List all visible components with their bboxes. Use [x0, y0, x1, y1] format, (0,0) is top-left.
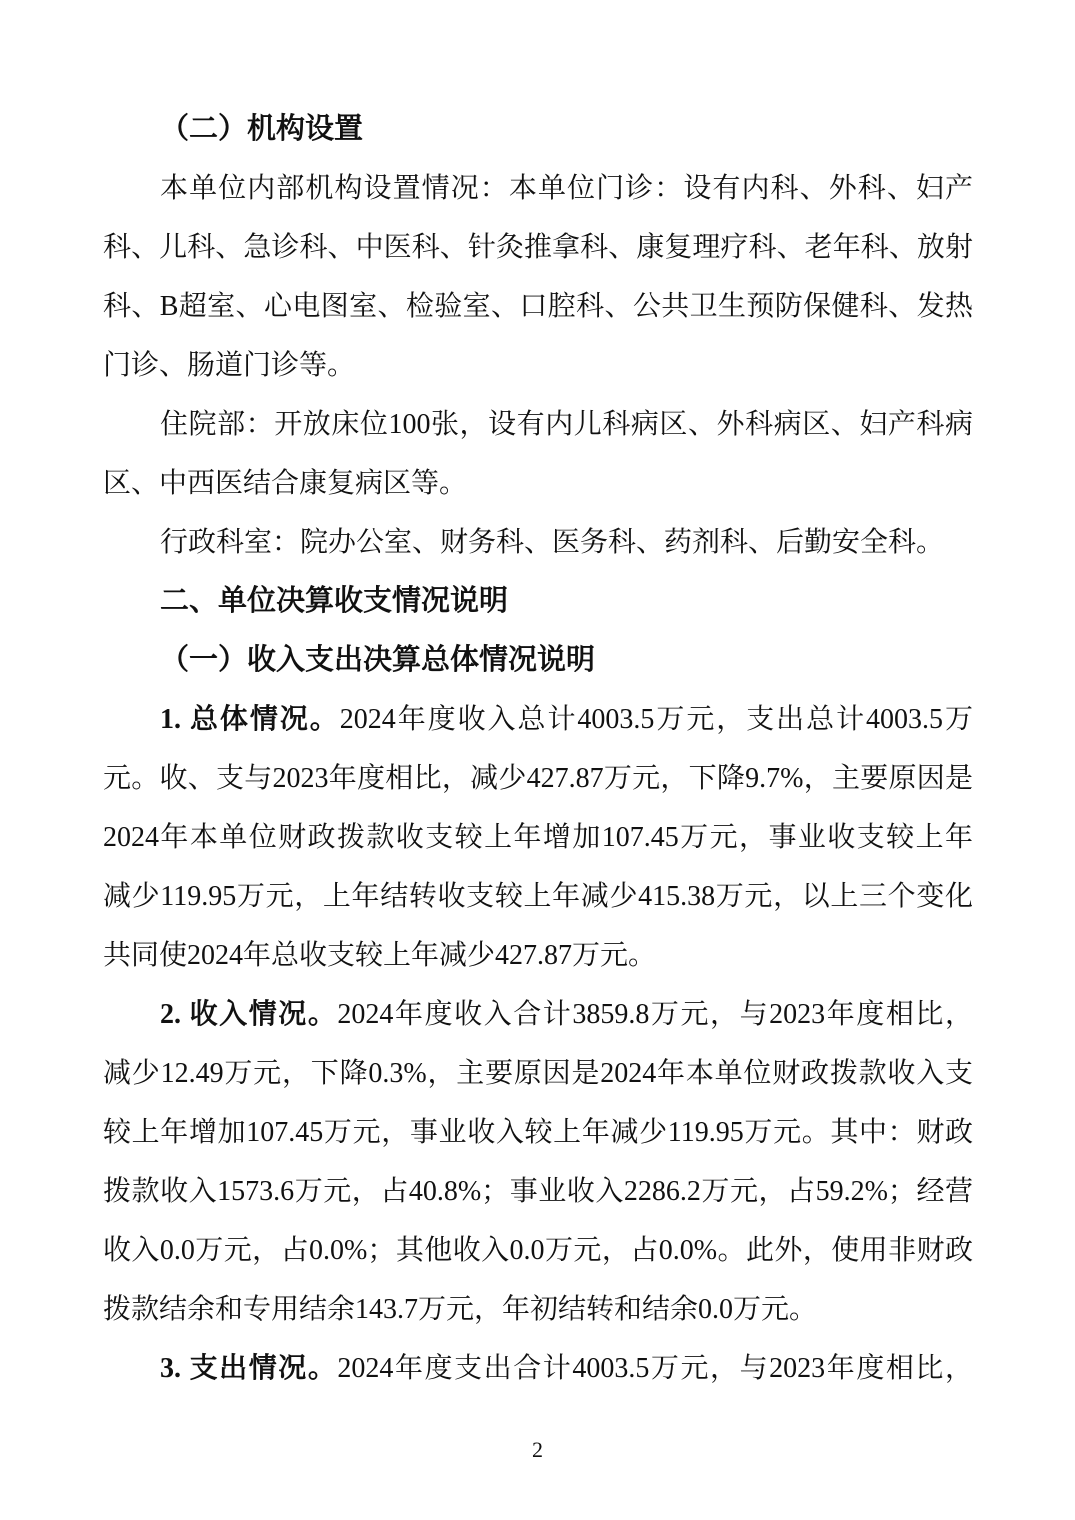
- paragraph-outpatient-line: 科、儿科、急诊科、中医科、针灸推拿科、康复理疗科、老年科、放射: [103, 218, 973, 277]
- heading-org-structure: （二）机构设置: [103, 100, 973, 159]
- paragraph-outpatient-line: 本单位内部机构设置情况：本单位门诊：设有内科、外科、妇产: [103, 159, 973, 218]
- list-label-income: 2. 收入情况。: [160, 999, 337, 1030]
- paragraph-overall-line: 2024年本单位财政拨款收支较上年增加107.45万元，事业收支较上年: [103, 808, 973, 867]
- paragraph-text: 2024年度收入总计4003.5万元，支出总计4003.5万: [340, 704, 973, 735]
- document-page: （二）机构设置 本单位内部机构设置情况：本单位门诊：设有内科、外科、妇产 科、儿…: [0, 0, 1075, 1520]
- paragraph-inpatient-line: 区、中西医结合康复病区等。: [103, 454, 973, 513]
- paragraph-inpatient-line: 住院部：开放床位100张，设有内儿科病区、外科病区、妇产科病: [103, 395, 973, 454]
- list-label-expenditure: 3. 支出情况。: [160, 1353, 337, 1384]
- paragraph-income-line: 拨款收入1573.6万元，占40.8%；事业收入2286.2万元，占59.2%；…: [103, 1162, 973, 1221]
- paragraph-income-line: 拨款结余和专用结余143.7万元，年初结转和结余0.0万元。: [103, 1280, 973, 1339]
- page-number: 2: [0, 1436, 1075, 1464]
- paragraph-admin-line: 行政科室：院办公室、财务科、医务科、药剂科、后勤安全科。: [103, 513, 973, 572]
- paragraph-overall-line: 共同使2024年总收支较上年减少427.87万元。: [103, 926, 973, 985]
- list-label-overall: 1. 总体情况。: [160, 704, 340, 735]
- paragraph-outpatient-line: 科、B超室、心电图室、检验室、口腔科、公共卫生预防保健科、发热: [103, 277, 973, 336]
- heading-income-expenditure-overview: （一）收入支出决算总体情况说明: [103, 631, 973, 690]
- document-body: （二）机构设置 本单位内部机构设置情况：本单位门诊：设有内科、外科、妇产 科、儿…: [103, 100, 973, 1398]
- paragraph-income-line: 2. 收入情况。2024年度收入合计3859.8万元，与2023年度相比，: [103, 985, 973, 1044]
- paragraph-expenditure-line: 3. 支出情况。2024年度支出合计4003.5万元，与2023年度相比，: [103, 1339, 973, 1398]
- paragraph-overall-line: 减少119.95万元，上年结转收支较上年减少415.38万元，以上三个变化: [103, 867, 973, 926]
- paragraph-text: 2024年度收入合计3859.8万元，与2023年度相比，: [337, 999, 973, 1030]
- paragraph-income-line: 减少12.49万元，下降0.3%，主要原因是2024年本单位财政拨款收入支: [103, 1044, 973, 1103]
- paragraph-income-line: 收入0.0万元，占0.0%；其他收入0.0万元，占0.0%。此外，使用非财政: [103, 1221, 973, 1280]
- paragraph-outpatient-line: 门诊、肠道门诊等。: [103, 336, 973, 395]
- heading-budget-final-accounts: 二、单位决算收支情况说明: [103, 572, 973, 631]
- paragraph-text: 2024年度支出合计4003.5万元，与2023年度相比，: [337, 1353, 973, 1384]
- paragraph-overall-line: 元。收、支与2023年度相比，减少427.87万元，下降9.7%，主要原因是: [103, 749, 973, 808]
- paragraph-income-line: 较上年增加107.45万元，事业收入较上年减少119.95万元。其中：财政: [103, 1103, 973, 1162]
- paragraph-overall-line: 1. 总体情况。2024年度收入总计4003.5万元，支出总计4003.5万: [103, 690, 973, 749]
